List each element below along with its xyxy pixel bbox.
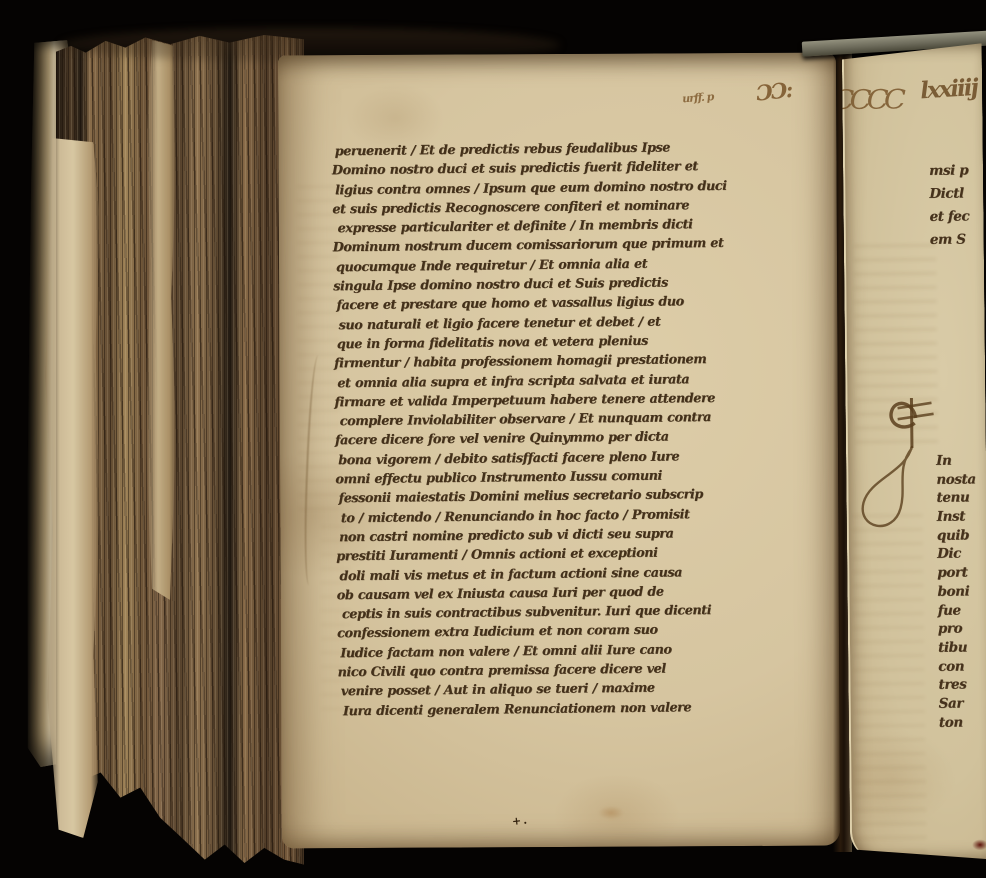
text-fragment: con (938, 657, 986, 676)
manuscript-line: Iura dicenti generalem Renunciationem no… (343, 698, 701, 721)
show-through-ghost (853, 514, 927, 875)
text-fragment: tibu (938, 638, 986, 657)
text-fragment: tres (938, 675, 986, 694)
folio-roman-tens: lxxiiij (919, 74, 977, 105)
text-fragment: In (936, 451, 986, 470)
text-fragment: Inst (937, 507, 986, 526)
text-fragment: msi p (929, 159, 986, 183)
folio-number: CCCC lxxiiij (832, 73, 983, 135)
text-fragment: quib (937, 526, 986, 545)
protruding-page-edge (146, 40, 176, 600)
right-page-sliver: CCCC lxxiiij msi pDictlet fecem S Innost… (842, 43, 986, 860)
text-fragment: nosta (936, 470, 986, 489)
text-fragment: tenu (936, 488, 986, 507)
text-fragment: boni (937, 582, 986, 601)
header-marks: urff. p ƆƆ: (682, 79, 822, 124)
text-fragments-top: msi pDictlet fecem S (929, 159, 986, 252)
text-fragment: pro (938, 619, 986, 638)
red-stain (972, 839, 986, 850)
manuscript-text-block: peruenerit / Et de predictis rebus feuda… (335, 138, 702, 742)
text-fragment: Dictl (929, 182, 986, 206)
left-page: urff. p ƆƆ: peruenerit / Et de predictis… (278, 53, 840, 849)
protruding-page-edge (44, 138, 100, 838)
catchword-mark: +. (511, 813, 529, 828)
text-fragment: fue (938, 601, 986, 620)
text-fragment: ton (939, 713, 986, 732)
ink-stain (598, 806, 624, 820)
text-fragment: Sar (939, 694, 986, 713)
folio-roman-hundreds: CCCC (832, 83, 901, 115)
text-fragment: Dic (937, 545, 986, 564)
text-fragment: port (937, 563, 986, 582)
text-fragment: et fec (929, 205, 986, 229)
header-mark: ƆƆ: (755, 77, 793, 106)
header-mark: urff. p (682, 90, 714, 105)
text-fragment: em S (930, 228, 986, 252)
text-fragments-lower: InnostatenuInstquibDicportbonifueprotibu… (936, 451, 986, 732)
manuscript-photo: urff. p ƆƆ: peruenerit / Et de predictis… (0, 0, 986, 878)
